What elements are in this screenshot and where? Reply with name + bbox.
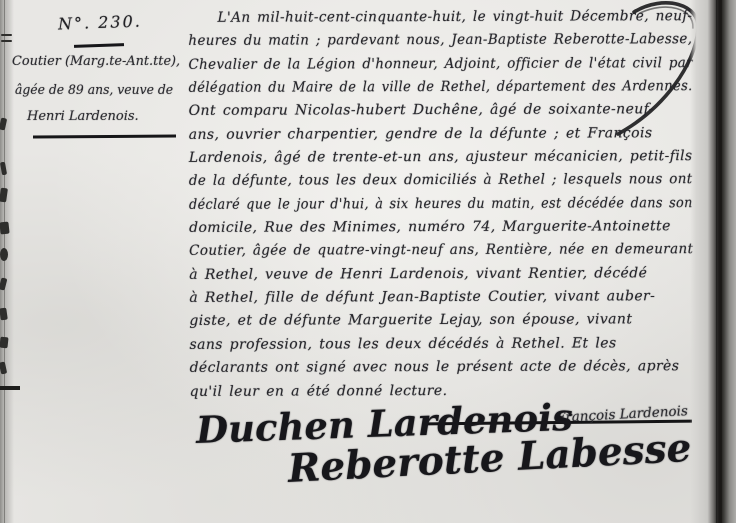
page-binding-edge	[690, 0, 736, 523]
page-edge-artifact	[0, 188, 8, 203]
page-edge-artifact	[0, 162, 7, 176]
page-edge-artifact	[0, 222, 10, 235]
body-line: sans profession, tous les deux décédés à…	[189, 335, 693, 360]
binding-streak	[721, 0, 722, 523]
body-line: à Rethel, fille de défunt Jean-Baptiste …	[189, 288, 693, 313]
body-line: délégation du Maire de la ville de Rethe…	[189, 78, 658, 103]
page-edge-artifact	[0, 248, 8, 261]
page-edge-artifact	[1, 34, 12, 36]
body-line: giste, et de défunte Marguerite Lejay, s…	[189, 312, 693, 337]
body-line: heures du matin ; pardevant nous, Jean-B…	[188, 32, 671, 57]
page-edge-artifact	[0, 362, 7, 375]
body-line: Coutier, âgée de quatre-vingt-neuf ans, …	[189, 242, 674, 267]
body-line: Ont comparu Nicolas-hubert Duchêne, âgé …	[189, 101, 693, 126]
fold-line	[4, 0, 5, 523]
body-line: Chevalier de la Légion d'honneur, Adjoin…	[188, 55, 670, 80]
page-edge-artifact	[0, 277, 7, 290]
body-line: de la défunte, tous les deux domiciliés …	[189, 172, 674, 197]
body-line: déclarants ont signé avec nous le présen…	[190, 358, 694, 383]
margin-divider-line	[33, 135, 176, 139]
death-record-scan: N°. 230. Coutier (Marg.te-Ant.tte), âgée…	[0, 0, 736, 523]
body-line: déclaré que le jour d'hui, à six heures …	[189, 195, 651, 220]
binding-streak	[716, 0, 717, 523]
page-edge-artifact	[0, 118, 7, 131]
page-edge-artifact	[0, 308, 8, 321]
act-body-text: L'An mil-huit-cent-cinquante-huit, le vi…	[188, 8, 693, 407]
record-number: N°. 230.	[58, 12, 142, 34]
record-number-underline	[74, 43, 124, 47]
body-line: L'An mil-huit-cent-cinquante-huit, le vi…	[188, 8, 678, 33]
margin-age-line: âgée de 89 ans, veuve de	[15, 83, 165, 98]
page-edge-artifact	[0, 337, 9, 349]
margin-name-line: Coutier (Marg.te-Ant.tte),	[12, 54, 178, 69]
page-edge-rule-artifact	[0, 386, 20, 390]
body-line: Lardenois, âgé de trente-et-un ans, ajus…	[189, 148, 690, 173]
page-left-edge	[0, 0, 14, 523]
margin-widow-line: Henri Lardenois.	[27, 109, 155, 124]
body-line: domicile, Rue des Minimes, numéro 74, Ma…	[189, 218, 693, 243]
body-line: ans, ouvrier charpentier, gendre de la d…	[189, 125, 693, 150]
body-line: à Rethel, veuve de Henri Lardenois, viva…	[189, 265, 693, 290]
page-edge-artifact	[1, 40, 12, 42]
